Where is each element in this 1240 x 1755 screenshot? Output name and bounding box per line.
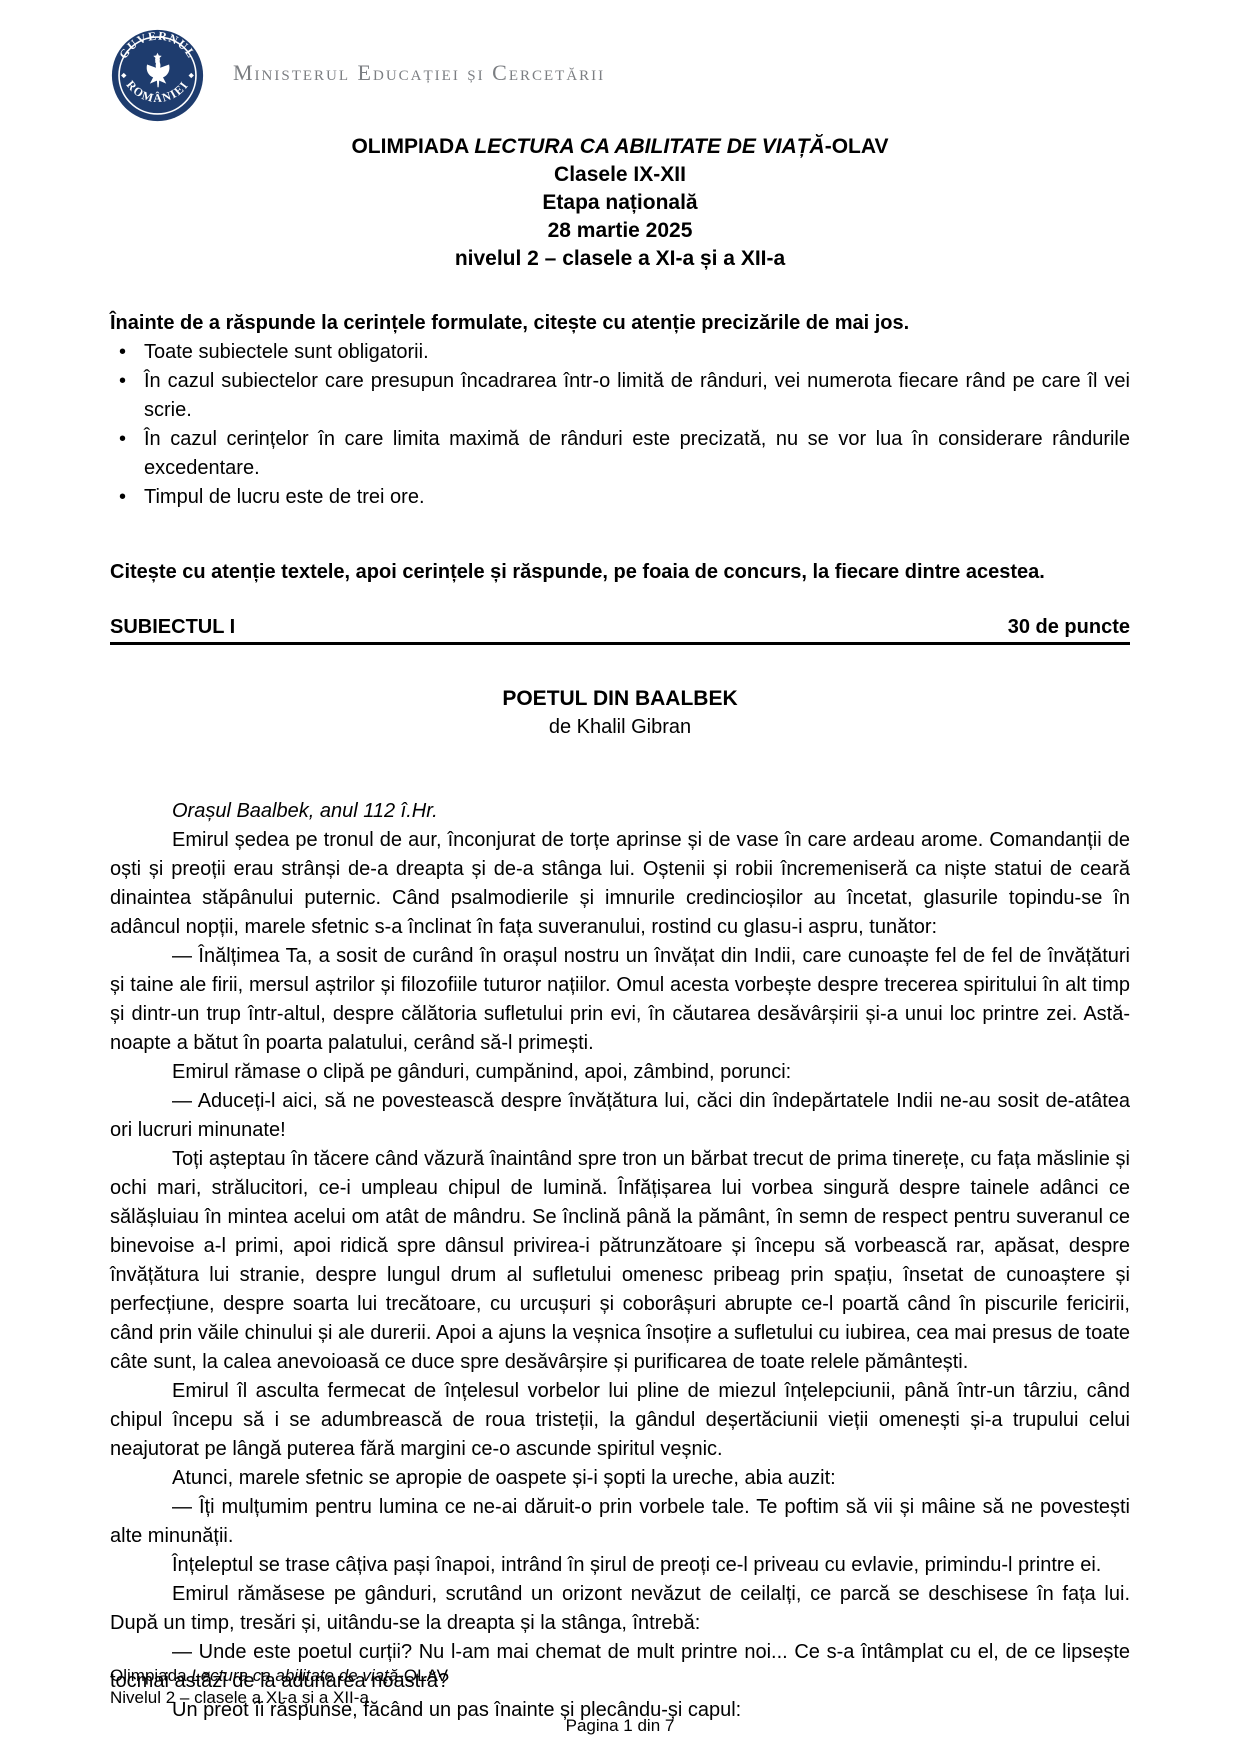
instructions-list: Toate subiectele sunt obligatorii. În ca… xyxy=(110,338,1130,512)
story-paragraph: — Îți mulțumim pentru lumina ce ne-ai dă… xyxy=(110,1493,1130,1551)
footer-level-line: Nivelul 2 – clasele a XI-a și a XII-a xyxy=(110,1687,1130,1709)
subject-label: SUBIECTUL I xyxy=(110,614,235,641)
footer-olympiad-suffix: -OLAV xyxy=(398,1666,448,1685)
subject-heading-row: SUBIECTUL I 30 de puncte xyxy=(110,614,1130,645)
level: nivelul 2 – clasele a XI-a și a XII-a xyxy=(110,245,1130,273)
instructions-intro: Înainte de a răspunde la cerințele formu… xyxy=(110,309,1130,338)
story-paragraph: Emirul rămăsese pe gânduri, scrutând un … xyxy=(110,1580,1130,1638)
page-footer: Olimpiada Lectura ca abilitate de viață-… xyxy=(110,1665,1130,1737)
story-paragraph: — Aduceți-l aici, să ne povestească desp… xyxy=(110,1087,1130,1145)
story-paragraph: Înțeleptul se trase câțiva pași înapoi, … xyxy=(110,1551,1130,1580)
story-epigraph: Orașul Baalbek, anul 112 î.Hr. xyxy=(110,797,1130,826)
read-note: Citește cu atenție textele, apoi cerințe… xyxy=(110,558,1130,587)
instruction-item: În cazul subiectelor care presupun încad… xyxy=(110,367,1130,425)
story-author: de Khalil Gibran xyxy=(110,713,1130,741)
footer-olympiad-line: Olimpiada Lectura ca abilitate de viață-… xyxy=(110,1665,1130,1687)
story-paragraph: Toți așteptau în tăcere când văzură înai… xyxy=(110,1145,1130,1377)
olympiad-title-block: OLIMPIADA LECTURA CA ABILITATE DE VIAȚĂ-… xyxy=(110,133,1130,273)
exam-date: 28 martie 2025 xyxy=(110,217,1130,245)
page-number: Pagina 1 din 7 xyxy=(110,1715,1130,1737)
ministry-name: Ministerul Educației și Cercetării xyxy=(233,60,605,92)
subject-points: 30 de puncte xyxy=(1008,614,1130,641)
stage: Etapa națională xyxy=(110,189,1130,217)
olympiad-title-prefix: OLIMPIADA xyxy=(351,135,474,158)
story-title: POETUL DIN BAALBEK xyxy=(110,685,1130,713)
story-paragraph: — Înălțimea Ta, a sosit de curând în ora… xyxy=(110,942,1130,1058)
story-paragraph: Atunci, marele sfetnic se apropie de oas… xyxy=(110,1464,1130,1493)
story-head: POETUL DIN BAALBEK de Khalil Gibran xyxy=(110,685,1130,741)
footer-olympiad-italic: Lectura ca abilitate de viață xyxy=(191,1666,398,1685)
footer-olympiad-prefix: Olimpiada xyxy=(110,1666,191,1685)
instructions-section: Înainte de a răspunde la cerințele formu… xyxy=(110,309,1130,512)
instruction-item: Toate subiectele sunt obligatorii. xyxy=(110,338,1130,367)
olympiad-title: OLIMPIADA LECTURA CA ABILITATE DE VIAȚĂ-… xyxy=(110,133,1130,161)
olympiad-title-italic: LECTURA CA ABILITATE DE VIAȚĂ xyxy=(474,135,824,158)
grade-range: Clasele IX-XII xyxy=(110,161,1130,189)
story-paragraph: Emirul rămase o clipă pe gânduri, cumpăn… xyxy=(110,1058,1130,1087)
instruction-item: În cazul cerințelor în care limita maxim… xyxy=(110,425,1130,483)
story-paragraph: Emirul ședea pe tronul de aur, înconjura… xyxy=(110,826,1130,942)
brand-header: GUVERNUL ROMÂNIEI Ministerul Educației ș… xyxy=(110,28,1130,123)
instruction-item: Timpul de lucru este de trei ore. xyxy=(110,483,1130,512)
romanian-government-seal-icon: GUVERNUL ROMÂNIEI xyxy=(110,28,205,123)
olympiad-title-suffix: -OLAV xyxy=(825,135,889,158)
story-paragraph: Emirul îl asculta fermecat de înțelesul … xyxy=(110,1377,1130,1464)
story-body: Orașul Baalbek, anul 112 î.Hr. Emirul șe… xyxy=(110,797,1130,1725)
exam-page: GUVERNUL ROMÂNIEI Ministerul Educației ș… xyxy=(0,0,1240,1755)
